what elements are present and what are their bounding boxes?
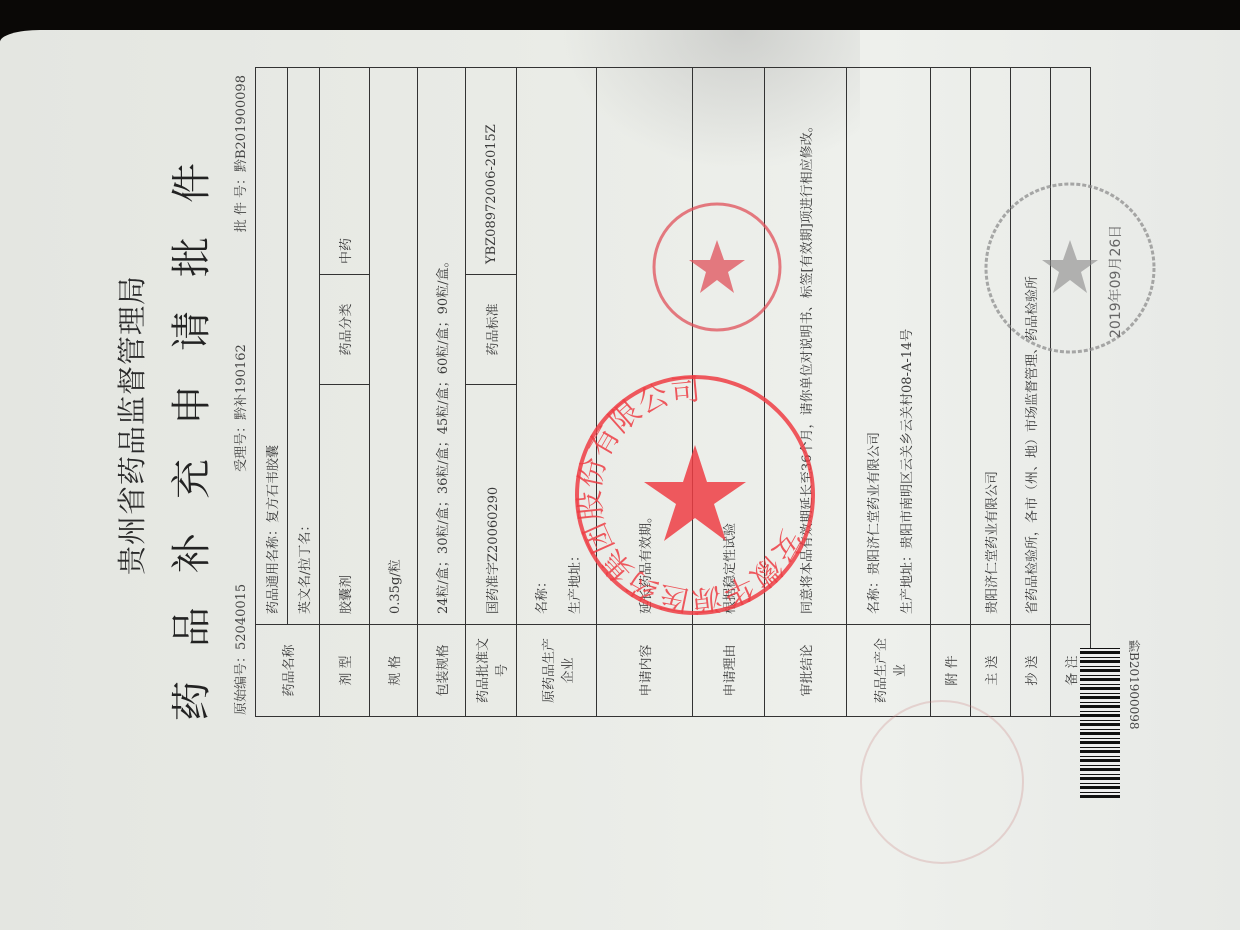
table-row: 药品生产企业 名称：贵阳济仁堂药业有限公司生产地址：贵阳市南明区云关乡云关村08… xyxy=(847,68,931,717)
table-row: 抄 送 省药品检验所，各市（州、地）市场监督管理、药品检验所 xyxy=(1011,68,1051,717)
reason-label: 申请理由 xyxy=(693,625,765,717)
table-row: 规 格 0.35g/粒 xyxy=(370,68,418,717)
approval-doc-label: 药品批准文号 xyxy=(466,625,517,717)
maker-cell: 名称：贵阳济仁堂药业有限公司生产地址：贵阳市南明区云关乡云关村08-A-14号 xyxy=(847,68,931,625)
table-row: 剂 型 胶囊剂 药品分类 中药 xyxy=(320,68,370,717)
approval-number: 批 件 号：黔B201900098 xyxy=(230,75,249,232)
gray-agency-date-stamp: 2019年09月26日 xyxy=(980,178,1160,358)
table-row: 审批结论 同意将本品有效期延长至36个月，请你单位对说明书、标签[有效期]项进行… xyxy=(765,68,847,717)
large-red-company-stamp: 安徽华源医药集团股份有限公司 xyxy=(570,370,820,620)
original-number: 原始编号：52040015 xyxy=(230,584,249,715)
svg-text:2019年09月26日: 2019年09月26日 xyxy=(1107,225,1124,338)
table-row: 原药品生产企业 名称：生产地址： xyxy=(517,68,597,717)
table-row: 药品批准文号 国药准字Z20060290 药品标准 YBZ08972006-20… xyxy=(466,68,517,717)
generic-name-cell: 药品通用名称：复方石韦胶囊 xyxy=(256,68,288,625)
english-name-cell: 英文名/拉丁名： xyxy=(288,68,320,625)
main-to-value: 贵阳济仁堂药业有限公司 xyxy=(971,68,1011,625)
category-label: 药品分类 xyxy=(320,275,370,385)
agency-name: 贵州省药品监督管理局 xyxy=(110,75,151,775)
conclusion-label: 审批结论 xyxy=(765,625,847,717)
document-title: 药品补充申请批件 xyxy=(160,75,217,775)
package-value: 24粒/盒；30粒/盒；36粒/盒；45粒/盒；60粒/盒；90粒/盒。 xyxy=(418,68,466,625)
document-meta: 原始编号：52040015 受理号：黔补190162 批 件 号：黔B20190… xyxy=(230,75,249,715)
approval-doc-value: 国药准字Z20060290 xyxy=(466,385,517,625)
main-to-label: 主 送 xyxy=(971,625,1011,717)
approval-document: 贵州省药品监督管理局 药品补充申请批件 原始编号：52040015 受理号：黔补… xyxy=(90,75,970,775)
category-value: 中药 xyxy=(320,68,370,275)
table-row: 英文名/拉丁名： xyxy=(288,68,320,717)
request-label: 申请内容 xyxy=(597,625,693,717)
standard-value: YBZ08972006-2015Z xyxy=(466,68,517,275)
dosage-form-label: 剂 型 xyxy=(320,625,370,717)
spec-label: 规 格 xyxy=(370,625,418,717)
table-row: 备 注 xyxy=(1051,68,1091,717)
dosage-form-value: 胶囊剂 xyxy=(320,385,370,625)
barcode-text: 黔B201900098 xyxy=(1123,640,1143,800)
standard-label: 药品标准 xyxy=(466,275,517,385)
cc-label: 抄 送 xyxy=(1011,625,1051,717)
package-label: 包装规格 xyxy=(418,625,466,717)
barcode xyxy=(1080,648,1120,798)
table-row: 包装规格 24粒/盒；30粒/盒；36粒/盒；45粒/盒；60粒/盒；90粒/盒… xyxy=(418,68,466,717)
acceptance-number: 受理号：黔补190162 xyxy=(230,344,249,472)
small-red-branch-stamp xyxy=(650,200,785,335)
drug-name-label: 药品名称 xyxy=(256,625,320,717)
table-row: 药品名称 药品通用名称：复方石韦胶囊 xyxy=(256,68,288,717)
faint-red-stamp xyxy=(860,700,1024,864)
raw-maker-label: 原药品生产企业 xyxy=(517,625,597,717)
table-row: 主 送 贵阳济仁堂药业有限公司 xyxy=(971,68,1011,717)
table-row: 附 件 xyxy=(931,68,971,717)
attachment-value xyxy=(931,68,971,625)
spec-value: 0.35g/粒 xyxy=(370,68,418,625)
